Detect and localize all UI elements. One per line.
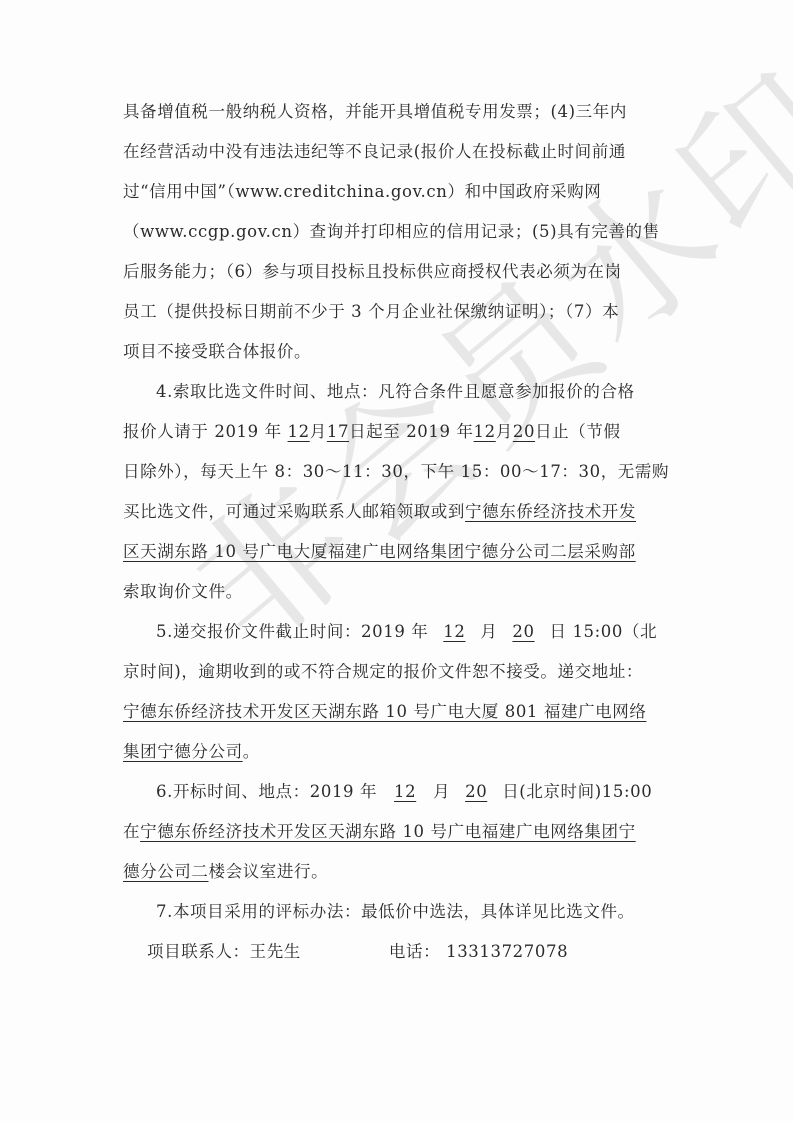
text-span: 。 bbox=[243, 742, 260, 761]
contact-line: 项目联系人：王先生电话： 13313727078 bbox=[123, 932, 683, 972]
text-span: 日止（节假 bbox=[535, 422, 621, 441]
document-page: 非会员水印 具备增值税一般纳税人资格，并能开具增值税专用发票；(4)三年内 在经… bbox=[0, 0, 793, 1121]
text-line: 4.索取比选文件时间、地点：凡符合条件且愿意参加报价的合格 bbox=[123, 372, 683, 412]
text-span: 6.开标时间、地点：2019 年 bbox=[156, 782, 377, 801]
contact-person-label: 项目联系人： bbox=[147, 942, 250, 961]
start-month: 12 bbox=[288, 422, 310, 441]
text-line: 在宁德东侨经济技术开发区天湖东路 10 号广电福建广电网络集团宁 bbox=[123, 812, 683, 852]
text-span: 月 bbox=[480, 622, 497, 641]
text-line: 过“信用中国”（www.creditchina.gov.cn）和中国政府采购网 bbox=[123, 172, 683, 212]
text-span: 5.递交报价文件截止时间：2019 年 bbox=[156, 622, 428, 641]
text-span: 月 bbox=[310, 422, 327, 441]
text-span: 在 bbox=[123, 822, 140, 841]
text-span: 月 bbox=[496, 422, 513, 441]
section-4-document-pickup: 4.索取比选文件时间、地点：凡符合条件且愿意参加报价的合格 报价人请于 2019… bbox=[123, 372, 683, 612]
deadline-month: 12 bbox=[428, 612, 480, 652]
text-span: 楼会议室进行。 bbox=[209, 862, 329, 881]
text-line: 在经营活动中没有违法违纪等不良记录(报价人在投标截止时间前通 bbox=[123, 132, 683, 172]
text-line: 买比选文件，可通过采购联系人邮箱领取或到宁德东侨经济技术开发 bbox=[123, 492, 683, 532]
submission-address-cont: 集团宁德分公司 bbox=[123, 742, 243, 761]
text-line: 5.递交报价文件截止时间：2019 年12月20日 15:00（北 bbox=[123, 612, 683, 652]
section-5-submission-deadline: 5.递交报价文件截止时间：2019 年12月20日 15:00（北 京时间)，逾… bbox=[123, 612, 683, 772]
opening-month: 12 bbox=[377, 772, 433, 812]
text-line: 7.本项目采用的评标办法：最低价中选法，具体详见比选文件。 bbox=[123, 892, 683, 932]
text-line: 报价人请于 2019 年 12月17日起至 2019 年12月20日止（节假 bbox=[123, 412, 683, 452]
end-month: 12 bbox=[474, 422, 496, 441]
phone-number: 13313727078 bbox=[446, 942, 568, 961]
pickup-address: 宁德东侨经济技术开发 bbox=[465, 502, 636, 521]
opening-address-cont: 德分公司二 bbox=[123, 862, 209, 881]
text-line: 区天湖东路 10 号广电大厦福建广电网络集团宁德分公司二层采购部 bbox=[123, 532, 683, 572]
text-span: 报价人请于 2019 年 bbox=[123, 422, 282, 441]
phone-label: 电话： bbox=[389, 942, 440, 961]
text-span: 日 15:00（北 bbox=[550, 622, 658, 641]
text-line: 德分公司二楼会议室进行。 bbox=[123, 852, 683, 892]
text-line: 员工（提供投标日期前不少于 3 个月企业社保缴纳证明）；（7）本 bbox=[123, 292, 683, 332]
text-line: 宁德东侨经济技术开发区天湖东路 10 号广电大厦 801 福建广电网络 bbox=[123, 692, 683, 732]
document-body: 具备增值税一般纳税人资格，并能开具增值税专用发票；(4)三年内 在经营活动中没有… bbox=[123, 92, 683, 972]
start-day: 17 bbox=[327, 422, 349, 441]
text-line: 后服务能力；（6）参与项目投标且投标供应商授权代表必须为在岗 bbox=[123, 252, 683, 292]
text-span: 日起至 2019 年 bbox=[349, 422, 473, 441]
qualification-requirements: 具备增值税一般纳税人资格，并能开具增值税专用发票；(4)三年内 在经营活动中没有… bbox=[123, 92, 683, 372]
text-line: 索取询价文件。 bbox=[123, 572, 683, 612]
opening-address: 宁德东侨经济技术开发区天湖东路 10 号广电福建广电网络集团宁 bbox=[140, 822, 636, 841]
section-7-evaluation-method: 7.本项目采用的评标办法：最低价中选法，具体详见比选文件。 bbox=[123, 892, 683, 932]
text-line: （www.ccgp.gov.cn）查询并打印相应的信用记录；(5)具有完善的售 bbox=[123, 212, 683, 252]
text-line: 京时间)，逾期收到的或不符合规定的报价文件恕不接受。递交地址： bbox=[123, 652, 683, 692]
text-line: 6.开标时间、地点：2019 年12月20日(北京时间)15:00 bbox=[123, 772, 683, 812]
text-span: 日(北京时间)15:00 bbox=[502, 782, 652, 801]
end-day: 20 bbox=[513, 422, 535, 441]
text-span: 买比选文件，可通过采购联系人邮箱领取或到 bbox=[123, 502, 465, 521]
contact-person: 王先生 bbox=[250, 942, 301, 961]
text-line: 集团宁德分公司。 bbox=[123, 732, 683, 772]
section-6-bid-opening: 6.开标时间、地点：2019 年12月20日(北京时间)15:00 在宁德东侨经… bbox=[123, 772, 683, 892]
opening-day: 20 bbox=[450, 772, 502, 812]
text-line: 具备增值税一般纳税人资格，并能开具增值税专用发票；(4)三年内 bbox=[123, 92, 683, 132]
deadline-day: 20 bbox=[498, 612, 550, 652]
text-line: 日除外），每天上午 8：30～11：30，下午 15：00～17：30，无需购 bbox=[123, 452, 683, 492]
pickup-address-cont: 区天湖东路 10 号广电大厦福建广电网络集团宁德分公司二层采购部 bbox=[123, 542, 636, 561]
text-line: 项目不接受联合体报价。 bbox=[123, 332, 683, 372]
text-span: 月 bbox=[433, 782, 450, 801]
submission-address: 宁德东侨经济技术开发区天湖东路 10 号广电大厦 801 福建广电网络 bbox=[123, 702, 646, 721]
